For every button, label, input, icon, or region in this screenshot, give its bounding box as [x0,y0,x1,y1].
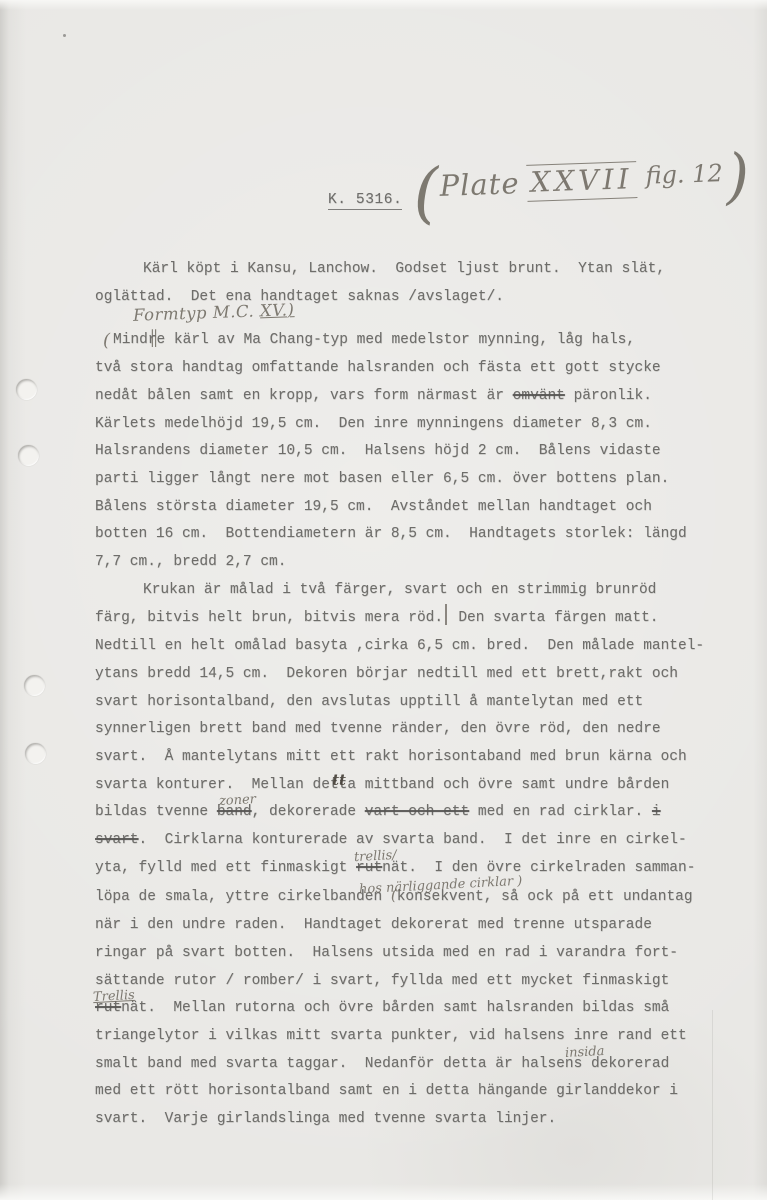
typed-line: Kärl köpt i Kansu, Lanchow. Godset ljust… [95,256,713,284]
typed-line: yta, fylld med ett finmaskigt ruttrellis… [95,855,713,883]
handwritten-note: zoner [219,793,257,808]
typed-line: nedåt bålen samt en kropp, vars form när… [95,383,713,411]
typed-line: ytans bredd 14,5 cm. Dekoren börjar nedt… [95,661,713,689]
text-segment: dekoreradinsida [591,1056,669,1072]
struck-text: bandzoner [217,804,252,820]
handwritten-paren-open: ( [412,165,440,222]
typed-line: Mindre kärl av Ma Chang-typ med medelsto… [95,327,713,355]
plate-roman-numeral: XXVII [526,161,637,202]
typed-line: rutTrellisnät. Mellan rutorna och övre b… [95,995,713,1023]
scanned-document-page: K. 5316. ( Plate XXVII fig. 12 ) Formtyp… [0,0,767,1200]
typed-line: två stora handtag omfattande halsranden … [95,355,713,383]
paper-speck [63,34,66,37]
struck-text: vart och ett [365,804,469,820]
pencil-vertical-bar [445,604,447,625]
paragraph: Krukan är målad i två färger, svart och … [95,577,713,1134]
paragraph: Kärl köpt i Kansu, Lanchow. Godset ljust… [95,256,713,311]
handwritten-overwrite: tt [332,773,346,788]
typed-line: 7,7 cm., bredd 2,7 cm. [95,549,713,577]
text-segment: konsekventhos närliggande cirklar ) [397,889,484,905]
plate-word: Plate [439,166,520,203]
punch-hole [24,675,45,696]
typed-line: bildas tvenne bandzoner, dekorerade vart… [95,799,713,827]
text-segment: dettatt [313,777,357,793]
handwritten-paren-close: ) [725,151,750,203]
handwritten-note: trellis/ [354,849,397,864]
paragraph: Mindre kärl av Ma Chang-typ med medelsto… [95,327,713,576]
punch-hole [25,743,46,764]
typed-line: triangelytor i vilkas mitt svarta punkte… [95,1023,713,1051]
handwritten-note: Trellis [93,989,135,1004]
typed-line: synnerligen brett band med tvenne ränder… [95,716,713,744]
typed-line: Halsrandens diameter 10,5 cm. Halsens hö… [95,438,713,466]
typed-line: svart horisontalband, den avslutas uppti… [95,689,713,717]
typed-text-body: Kärl köpt i Kansu, Lanchow. Godset ljust… [95,256,713,1134]
figure-reference: fig. 12 [645,159,723,190]
typed-line: Nedtill en helt omålad basyta ,cirka 6,5… [95,633,713,661]
typed-line: parti ligger långt nere mot basen eller … [95,466,713,494]
handwritten-note: insida [565,1045,605,1060]
struck-text: i [652,804,661,820]
typed-line: när i den undre raden. Handtaget dekorer… [95,912,713,940]
typed-line: svart. Varje girlandslinga med tvenne sv… [95,1106,713,1134]
typed-line: med ett rött horisontalband samt en i de… [95,1078,713,1106]
typed-line: sättande rutor / romber/ i svart, fyllda… [95,968,713,996]
typed-line: svart. Å mantelytans mitt ett rakt horis… [95,744,713,772]
catalog-number: K. 5316. [328,192,402,210]
struck-text: rutTrellis [95,1000,121,1016]
typed-line: färg, bitvis helt brun, bitvis mera röd.… [95,604,713,633]
punch-hole [16,379,37,400]
typed-line: Bålens största diameter 19,5 cm. Avstånd… [95,494,713,522]
typed-line: löpa de smala, yttre cirkelbanden (konse… [95,882,713,912]
typed-line: svarta konturer. Mellan dettatt mittband… [95,772,713,800]
typed-line: Kärlets medelhöjd 19,5 cm. Den inre mynn… [95,411,713,439]
plate-annotation: ( Plate XXVII fig. 12 ) [412,152,750,220]
struck-text: omvänt [513,388,565,404]
typed-line: oglättad. Det ena handtaget saknas /avsl… [95,284,713,312]
typed-line: smalt band med svarta taggar. Nedanför d… [95,1051,713,1079]
punch-hole [18,445,39,466]
typed-line: Krukan är målad i två färger, svart och … [95,577,713,605]
struck-text: ruttrellis/ [356,860,382,876]
typed-line: botten 16 cm. Bottendiametern är 8,5 cm.… [95,521,713,549]
typed-line: svart. Cirklarna konturerade av svarta b… [95,827,713,855]
typed-line: ringar på svart botten. Halsens utsida m… [95,940,713,968]
struck-text: svart [95,832,139,848]
paper-bottom-edge [0,1184,767,1200]
